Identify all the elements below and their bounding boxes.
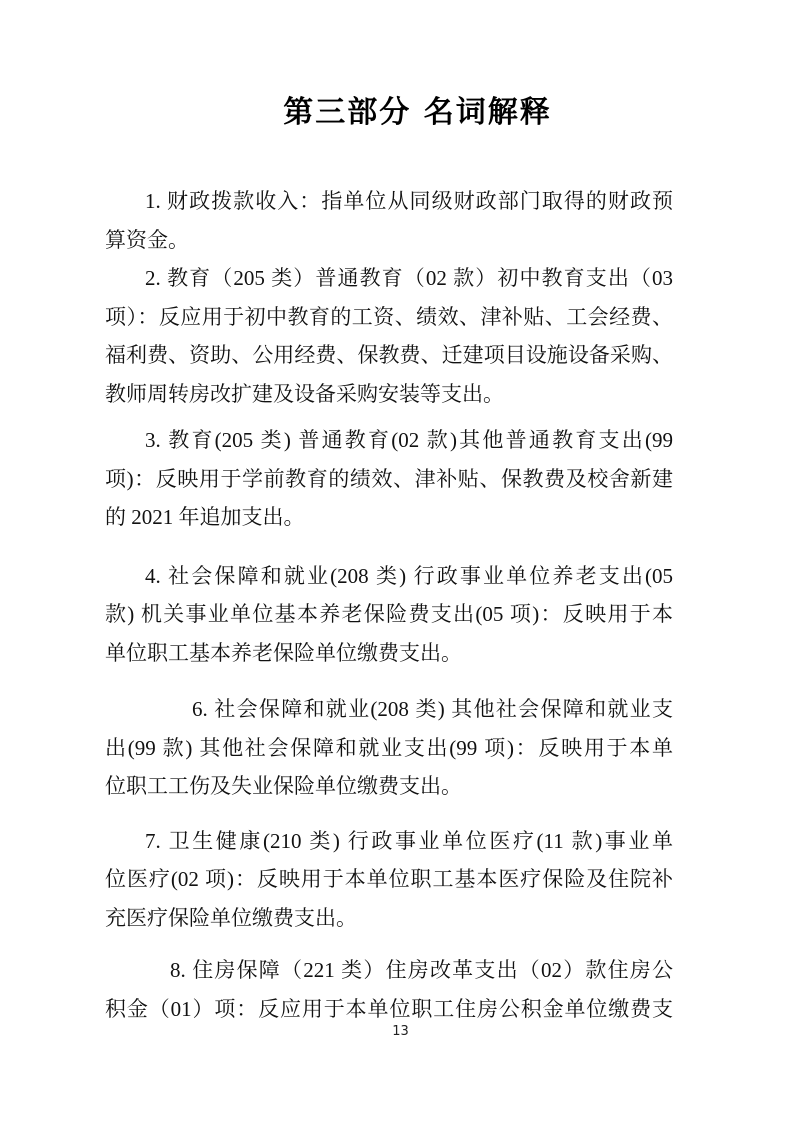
paragraph-8: 8. 住房保障（221 类）住房改革支出（02）款住房公 积金（01）项：反应用…: [105, 951, 673, 1028]
paragraph-1: 1. 财政拨款收入：指单位从同级财政部门取得的财政预 算资金。: [105, 182, 673, 259]
text-line: 款) 机关事业单位基本养老保险费支出(05 项)：反映用于本: [105, 595, 673, 634]
text-line: 1. 财政拨款收入：指单位从同级财政部门取得的财政预: [105, 182, 673, 221]
text-line: 教师周转房改扩建及设备采购安装等支出。: [105, 375, 673, 414]
text-line: 出(99 款) 其他社会保障和就业支出(99 项)：反映用于本单: [105, 729, 673, 768]
paragraph-3: 3. 教育(205 类) 普通教育(02 款)其他普通教育支出(99 项)：反映…: [105, 421, 673, 537]
text-line: 福利费、资助、公用经费、保教费、迁建项目设施设备采购、: [105, 336, 673, 375]
document-body: 1. 财政拨款收入：指单位从同级财政部门取得的财政预 算资金。 2. 教育（20…: [105, 182, 673, 1028]
text-line: 2. 教育（205 类）普通教育（02 款）初中教育支出（03: [105, 259, 673, 298]
text-line: 积金（01）项：反应用于本单位职工住房公积金单位缴费支: [105, 990, 673, 1029]
text-line: 充医疗保险单位缴费支出。: [105, 899, 673, 938]
text-line: 位职工工伤及失业保险单位缴费支出。: [105, 767, 673, 806]
text-line: 位医疗(02 项)：反映用于本单位职工基本医疗保险及住院补: [105, 860, 673, 899]
paragraph-7: 7. 卫生健康(210 类) 行政事业单位医疗(11 款)事业单 位医疗(02 …: [105, 822, 673, 938]
text-line: 项)：反映用于学前教育的绩效、津补贴、保教费及校舍新建: [105, 460, 673, 499]
text-line: 8. 住房保障（221 类）住房改革支出（02）款住房公: [105, 951, 673, 990]
paragraph-2: 2. 教育（205 类）普通教育（02 款）初中教育支出（03 项）：反应用于初…: [105, 259, 673, 413]
text-line: 项）：反应用于初中教育的工资、绩效、津补贴、工会经费、: [105, 298, 673, 337]
text-line: 3. 教育(205 类) 普通教育(02 款)其他普通教育支出(99: [105, 421, 673, 460]
document-page: 第三部分 名词解释 1. 财政拨款收入：指单位从同级财政部门取得的财政预 算资金…: [0, 0, 793, 1122]
page-number: 13: [0, 1024, 793, 1040]
text-line: 7. 卫生健康(210 类) 行政事业单位医疗(11 款)事业单: [105, 822, 673, 861]
text-line: 4. 社会保障和就业(208 类) 行政事业单位养老支出(05: [105, 557, 673, 596]
text-line: 6. 社会保障和就业(208 类) 其他社会保障和就业支: [105, 690, 673, 729]
text-line: 的 2021 年追加支出。: [105, 498, 673, 537]
text-line: 单位职工基本养老保险单位缴费支出。: [105, 634, 673, 673]
paragraph-4: 4. 社会保障和就业(208 类) 行政事业单位养老支出(05 款) 机关事业单…: [105, 557, 673, 673]
document-title: 第三部分 名词解释: [0, 92, 793, 134]
text-line: 算资金。: [105, 221, 673, 260]
paragraph-6: 6. 社会保障和就业(208 类) 其他社会保障和就业支 出(99 款) 其他社…: [105, 690, 673, 806]
